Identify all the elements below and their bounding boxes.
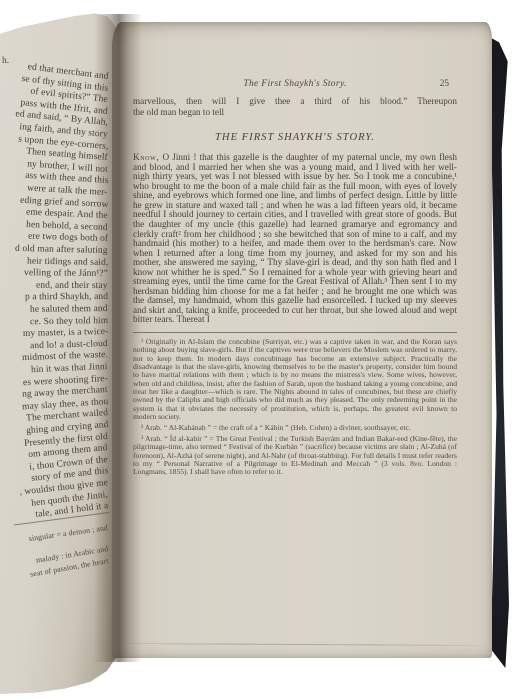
- right-page: The First Shaykh's Story. 25 marvellous,…: [112, 22, 492, 658]
- left-page-line: p a third Shaykh, and: [25, 292, 108, 303]
- left-page-line: ere two dogs both of: [28, 232, 108, 245]
- left-page-header-fragment: h.: [2, 56, 9, 66]
- book-photo: h. ed that merchant andse of thy sitting…: [0, 0, 525, 700]
- left-page-line: my master, is a twice-: [22, 327, 108, 340]
- story-lead-word: Know,: [133, 152, 159, 162]
- left-page-line: velling of the Jánn¹?”: [24, 268, 108, 280]
- left-page-line: d old man after saluting: [15, 244, 108, 257]
- left-page-line: heir tidings and said,: [27, 256, 109, 268]
- footnote: ¹ Originally in Al-Islam the concubine (…: [133, 338, 457, 421]
- section-title: THE FIRST SHAYKH'S STORY.: [133, 132, 457, 143]
- story-paragraph: Know, O Jinni ! that this gazelle is the…: [133, 153, 457, 325]
- left-page-line: end, and their stay: [36, 281, 108, 292]
- running-header: The First Shaykh's Story.: [133, 78, 457, 89]
- footnotes-section: ¹ Originally in Al-Islam the concubine (…: [133, 338, 457, 477]
- intro-line-2: the old man began to tell: [133, 107, 457, 118]
- footnote: ³ Arab. “ Íd al-kabír ” = The Great Fest…: [133, 435, 457, 477]
- intro-line-1: marvellous, then will I give thee a thir…: [133, 96, 457, 107]
- page-crease: [126, 643, 478, 646]
- left-page-line: he saluted them and: [30, 304, 108, 316]
- left-page: h. ed that merchant andse of thy sitting…: [0, 12, 119, 694]
- footnote-rule: [133, 332, 457, 333]
- footnote: ² Arab. “ Al-Kahánah ” = the craft of a …: [133, 424, 457, 432]
- intro-paragraph: marvellous, then will I give thee a thir…: [133, 96, 457, 117]
- left-page-line: ce. So they told him: [30, 316, 108, 328]
- page-number: 25: [440, 79, 449, 89]
- running-header-row: The First Shaykh's Story. 25: [133, 78, 457, 90]
- left-page-footnote-line: singular = a demon ; and: [28, 523, 108, 543]
- story-text: O Jinni ! that this gazelle is the daugh…: [133, 152, 457, 324]
